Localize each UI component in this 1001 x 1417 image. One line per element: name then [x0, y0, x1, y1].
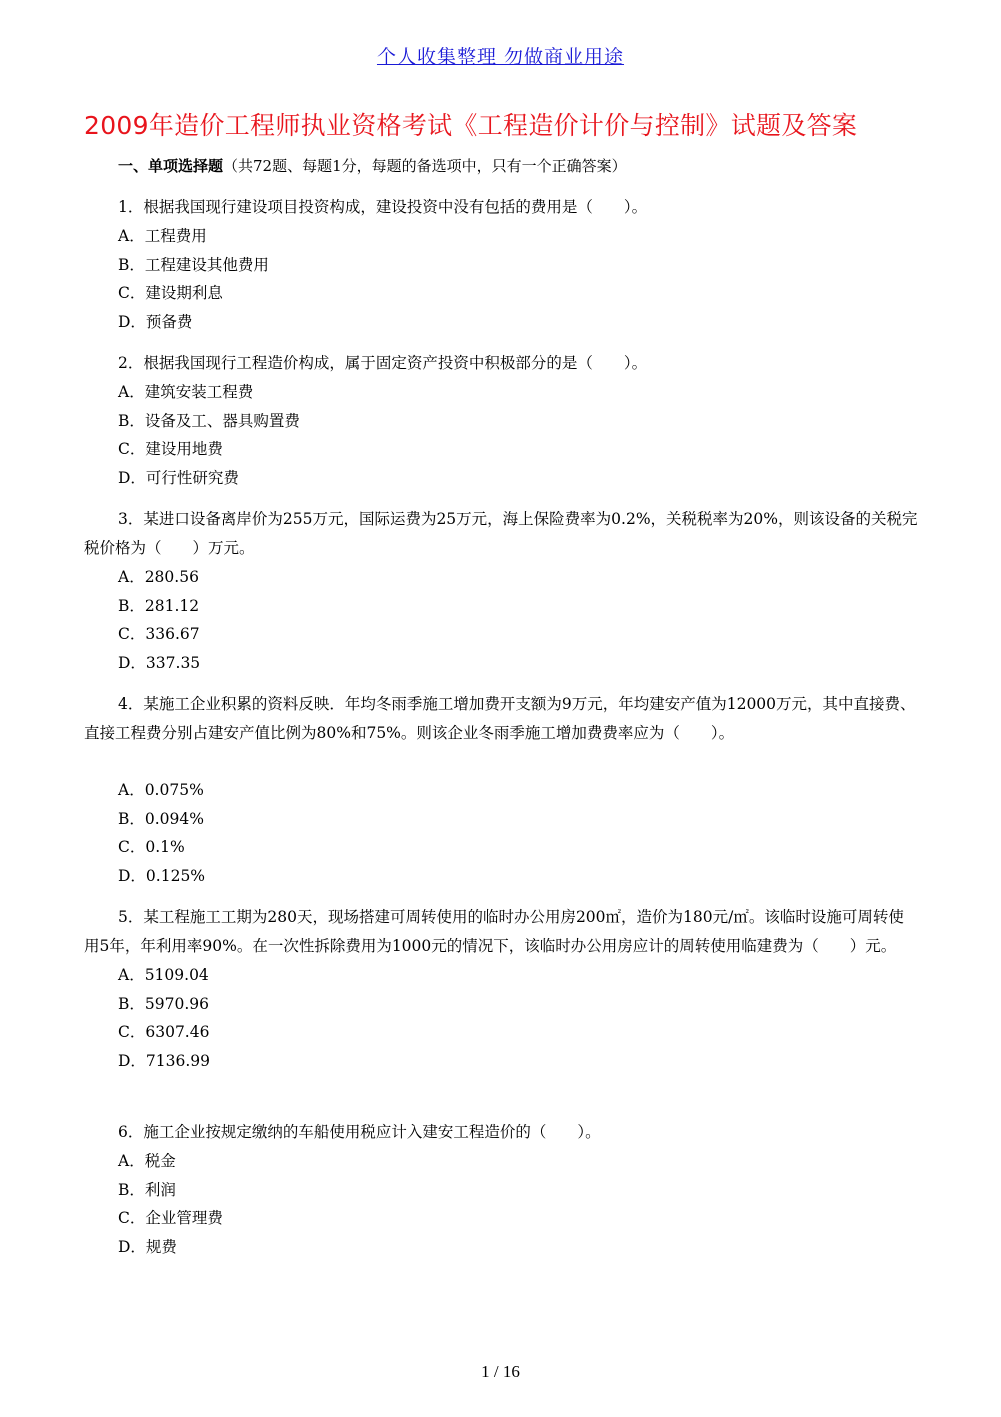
- section-note: （共72题、每题1分，每题的备选项中，只有一个正确答案）: [223, 157, 627, 175]
- header-watermark-link[interactable]: 个人收集整理 勿做商业用途: [0, 42, 1001, 69]
- option-d: D．规费: [84, 1233, 918, 1262]
- question-stem: 4．某施工企业积累的资料反映．年均冬雨季施工增加费开支额为9万元，年均建安产值为…: [84, 690, 918, 748]
- option-d: D．可行性研究费: [84, 464, 918, 493]
- option-c: C．建设期利息: [84, 279, 918, 308]
- question-6: 6．施工企业按规定缴纳的车船使用税应计入建安工程造价的（ ）。 A．税金 B．利…: [84, 1118, 918, 1262]
- option-b: B．设备及工、器具购置费: [84, 407, 918, 436]
- option-d: D．预备费: [84, 308, 918, 337]
- section-label: 一、单项选择题: [118, 157, 223, 175]
- section-heading: 一、单项选择题（共72题、每题1分，每题的备选项中，只有一个正确答案）: [118, 155, 627, 176]
- option-b: B．5970.96: [84, 990, 918, 1019]
- question-3: 3．某进口设备离岸价为255万元，国际运费为25万元，海上保险费率为0.2%，关…: [84, 505, 918, 678]
- option-a: A．建筑安装工程费: [84, 378, 918, 407]
- question-stem: 6．施工企业按规定缴纳的车船使用税应计入建安工程造价的（ ）。: [84, 1118, 918, 1147]
- option-c: C．建设用地费: [84, 435, 918, 464]
- option-b: B．281.12: [84, 592, 918, 621]
- option-a: A．5109.04: [84, 961, 918, 990]
- option-d: D．0.125%: [84, 862, 918, 891]
- page-number: 1 / 16: [0, 1362, 1001, 1382]
- option-b: B．工程建设其他费用: [84, 251, 918, 280]
- option-c: C．企业管理费: [84, 1204, 918, 1233]
- option-c: C．0.1%: [84, 833, 918, 862]
- question-stem: 1．根据我国现行建设项目投资构成，建设投资中没有包括的费用是（ ）。: [84, 193, 918, 222]
- question-stem: 2．根据我国现行工程造价构成，属于固定资产投资中积极部分的是（ ）。: [84, 349, 918, 378]
- document-title: 2009年造价工程师执业资格考试《工程造价计价与控制》试题及答案: [84, 106, 924, 142]
- option-a: A．280.56: [84, 563, 918, 592]
- question-4: 4．某施工企业积累的资料反映．年均冬雨季施工增加费开支额为9万元，年均建安产值为…: [84, 690, 918, 891]
- option-b: B．利润: [84, 1176, 918, 1205]
- option-c: C．336.67: [84, 620, 918, 649]
- option-a: A．税金: [84, 1147, 918, 1176]
- question-1: 1．根据我国现行建设项目投资构成，建设投资中没有包括的费用是（ ）。 A．工程费…: [84, 193, 918, 337]
- option-c: C．6307.46: [84, 1018, 918, 1047]
- option-d: D．337.35: [84, 649, 918, 678]
- option-a: A．0.075%: [84, 776, 918, 805]
- option-d: D．7136.99: [84, 1047, 918, 1076]
- question-stem: 5．某工程施工工期为280天，现场搭建可周转使用的临时办公用房200㎡，造价为1…: [84, 903, 918, 961]
- question-stem: 3．某进口设备离岸价为255万元，国际运费为25万元，海上保险费率为0.2%，关…: [84, 505, 918, 563]
- question-2: 2．根据我国现行工程造价构成，属于固定资产投资中积极部分的是（ ）。 A．建筑安…: [84, 349, 918, 493]
- question-5: 5．某工程施工工期为280天，现场搭建可周转使用的临时办公用房200㎡，造价为1…: [84, 903, 918, 1076]
- option-a: A．工程费用: [84, 222, 918, 251]
- option-b: B．0.094%: [84, 805, 918, 834]
